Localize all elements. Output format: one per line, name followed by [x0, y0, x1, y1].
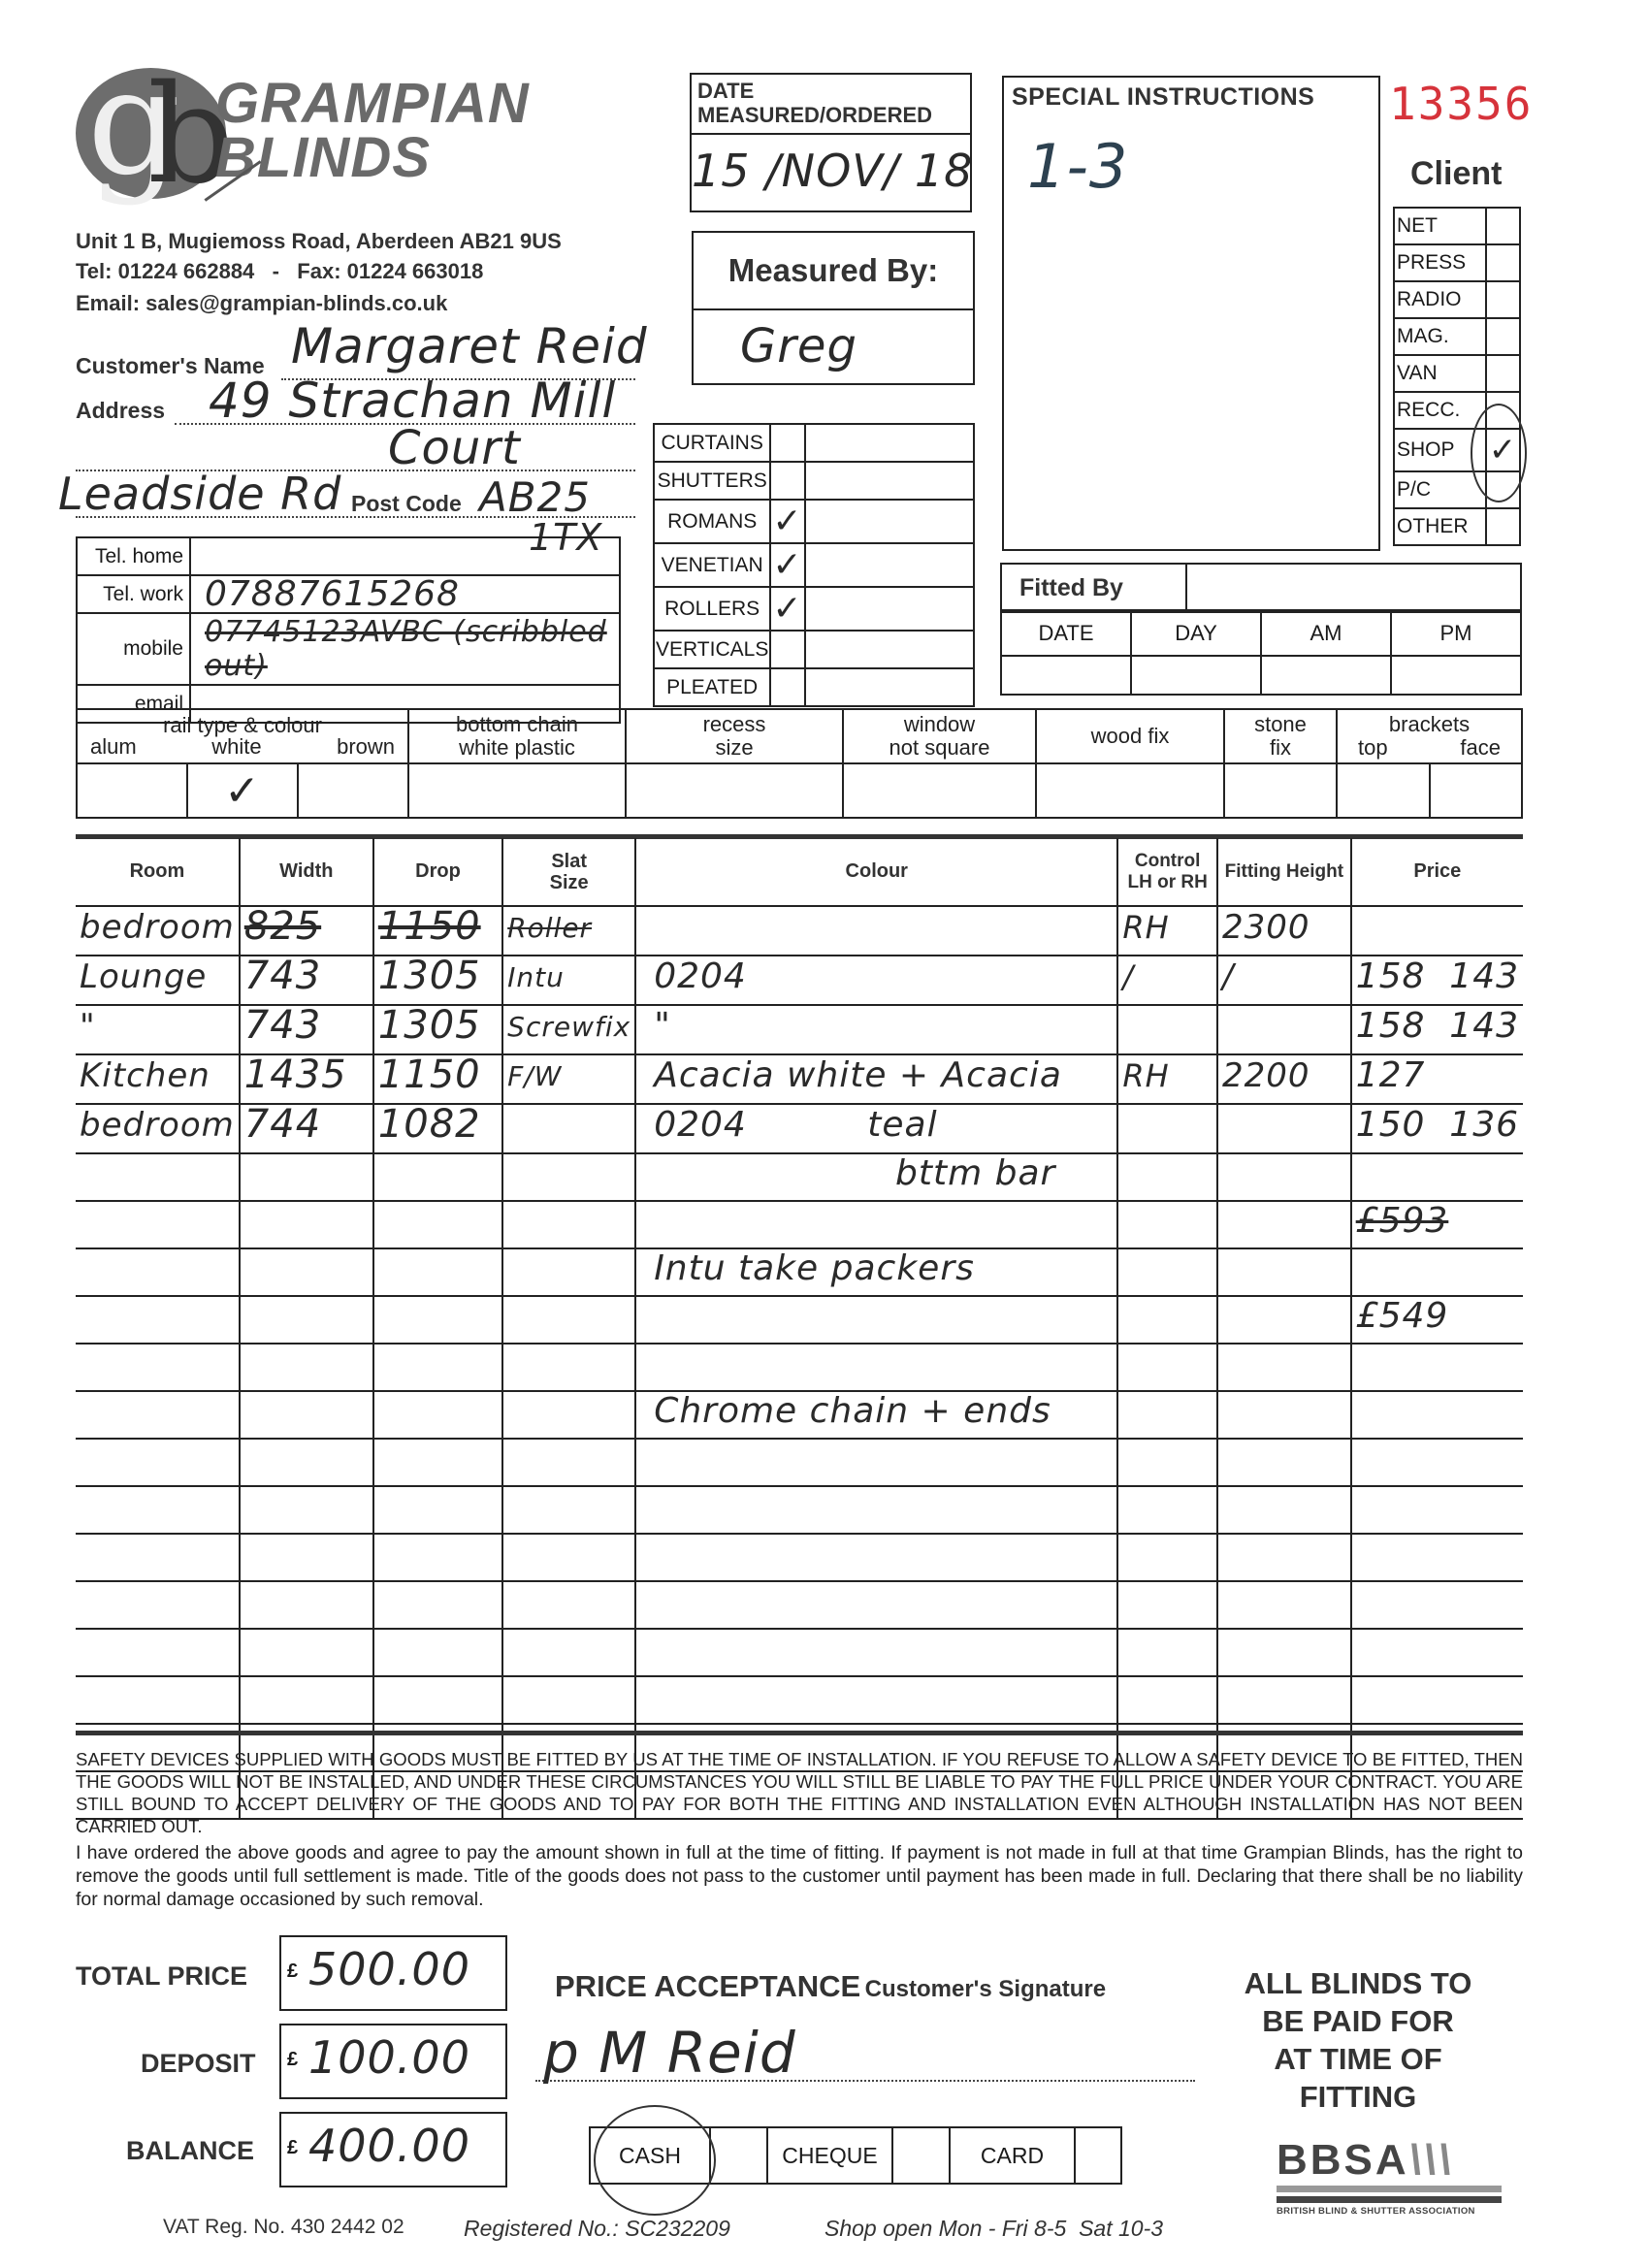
- total-price-label: TOTAL PRICE: [76, 1961, 247, 1992]
- cell-room-value: bedroom: [80, 908, 235, 947]
- product-row: SHUTTERS: [654, 462, 974, 500]
- contact-table: Tel. home Tel. work 07887615268 mobile 0…: [76, 536, 621, 724]
- cell-drop[interactable]: 1150: [373, 1054, 502, 1104]
- cell-room[interactable]: [76, 1391, 240, 1439]
- table-row: bttm bar: [76, 1153, 1523, 1201]
- brackets-top-label: top: [1358, 736, 1388, 760]
- cell-colour[interactable]: [635, 1344, 1117, 1391]
- table-row: Lounge7431305Intu0204//158 143: [76, 956, 1523, 1005]
- table-row: [76, 1629, 1523, 1676]
- cell-price[interactable]: 158 143: [1351, 956, 1523, 1005]
- cell-price[interactable]: [1351, 1153, 1523, 1201]
- product-notes[interactable]: [805, 587, 975, 631]
- cell-slat[interactable]: [502, 1296, 635, 1344]
- contact-label: Tel. home: [77, 537, 190, 575]
- cell-price[interactable]: £593: [1351, 1201, 1523, 1248]
- special-instructions-box: SPECIAL INSTRUCTIONS 1-3: [1002, 76, 1380, 551]
- product-checkbox-curtains[interactable]: [770, 424, 804, 462]
- cell-room-value: bedroom: [80, 1106, 235, 1145]
- cell-slat[interactable]: [502, 1534, 635, 1581]
- cell-colour[interactable]: [635, 1629, 1117, 1676]
- cell-control[interactable]: [1117, 1534, 1217, 1581]
- product-checkbox-shutters[interactable]: [770, 462, 804, 500]
- cell-drop[interactable]: [373, 1296, 502, 1344]
- payment-cash-checkbox[interactable]: [710, 2127, 767, 2184]
- signature-field[interactable]: p M Reid: [543, 2020, 796, 2086]
- cell-price[interactable]: [1351, 1629, 1523, 1676]
- cell-room[interactable]: bedroom: [76, 906, 240, 956]
- cell-width[interactable]: [240, 1439, 373, 1486]
- cell-drop-value: 1150: [378, 904, 481, 949]
- product-notes[interactable]: [805, 462, 975, 500]
- rail-brown-label: brown: [337, 736, 395, 758]
- cell-colour-value: [640, 1486, 654, 1526]
- cell-drop[interactable]: [373, 1391, 502, 1439]
- cell-control[interactable]: [1117, 1676, 1217, 1724]
- col-control-l1: Control: [1119, 851, 1215, 872]
- product-notes[interactable]: [805, 424, 975, 462]
- cell-width[interactable]: [240, 1248, 373, 1296]
- product-label: VERTICALS: [654, 631, 770, 668]
- order-number: 13356: [1389, 78, 1533, 130]
- cell-drop[interactable]: [373, 1676, 502, 1724]
- cell-colour[interactable]: 0204 teal: [635, 1104, 1117, 1153]
- cell-width[interactable]: [240, 1676, 373, 1724]
- product-notes[interactable]: [805, 543, 975, 587]
- client-label: PRESS: [1394, 244, 1486, 281]
- product-checkbox-verticals[interactable]: [770, 631, 804, 668]
- cell-fitting[interactable]: 2200: [1217, 1054, 1351, 1104]
- cell-colour[interactable]: [635, 906, 1117, 956]
- cell-control[interactable]: [1117, 1248, 1217, 1296]
- cell-fitting[interactable]: [1217, 1439, 1351, 1486]
- cell-control[interactable]: [1117, 1296, 1217, 1344]
- cell-price[interactable]: 150 136: [1351, 1104, 1523, 1153]
- cell-price[interactable]: [1351, 1344, 1523, 1391]
- stone-fix-header: stone fix: [1224, 709, 1337, 763]
- product-row: ROMANS✓: [654, 500, 974, 543]
- cell-room[interactable]: ": [76, 1005, 240, 1054]
- cell-room[interactable]: Lounge: [76, 956, 240, 1005]
- client-checkbox-van[interactable]: [1486, 355, 1520, 392]
- cell-colour-value: ": [640, 1006, 671, 1046]
- bbsa-tagline: BRITISH BLIND & SHUTTER ASSOCIATION: [1277, 2206, 1502, 2217]
- cell-width[interactable]: 744: [240, 1104, 373, 1153]
- cell-width[interactable]: 825: [240, 906, 373, 956]
- product-notes[interactable]: [805, 631, 975, 668]
- cell-width[interactable]: [240, 1581, 373, 1629]
- cell-drop[interactable]: [373, 1201, 502, 1248]
- address-field-3[interactable]: Leadside Rd: [58, 468, 341, 520]
- cell-drop[interactable]: [373, 1629, 502, 1676]
- shop-circle-mark: [1471, 404, 1527, 502]
- fitting-col-date: DATE: [1001, 610, 1131, 656]
- col-slat-l1: Slat: [504, 851, 633, 872]
- deposit-field: 100.00: [308, 2031, 470, 2084]
- cell-room[interactable]: bedroom: [76, 1104, 240, 1153]
- payment-cheque-checkbox[interactable]: [892, 2127, 950, 2184]
- brackets-top-field[interactable]: [1337, 763, 1430, 818]
- client-checkbox-radio[interactable]: [1486, 281, 1520, 318]
- cell-control[interactable]: [1117, 1486, 1217, 1534]
- tel-work-field[interactable]: 07887615268: [190, 575, 620, 613]
- table-row: £593: [76, 1201, 1523, 1248]
- table-row: Chrome chain + ends: [76, 1391, 1523, 1439]
- fitting-schedule-header: DATE DAY AM PM: [1001, 610, 1521, 656]
- client-title: Client: [1410, 155, 1502, 193]
- cell-drop[interactable]: 1150: [373, 906, 502, 956]
- cell-price[interactable]: [1351, 1534, 1523, 1581]
- col-control-l2: LH or RH: [1119, 872, 1215, 893]
- rail-alum-checkbox[interactable]: [77, 763, 187, 818]
- product-row: PLEATED: [654, 668, 974, 706]
- rail-brown-checkbox[interactable]: [298, 763, 408, 818]
- cell-slat[interactable]: Intu: [502, 956, 635, 1005]
- cell-slat[interactable]: [502, 1104, 635, 1153]
- fitting-col-pm: PM: [1391, 610, 1521, 656]
- cell-room[interactable]: Kitchen: [76, 1054, 240, 1104]
- cell-slat[interactable]: [502, 1391, 635, 1439]
- cell-colour[interactable]: [635, 1439, 1117, 1486]
- product-label: VENETIAN: [654, 543, 770, 587]
- client-label: P/C: [1394, 471, 1486, 508]
- cell-fitting[interactable]: [1217, 1581, 1351, 1629]
- client-checkbox-other[interactable]: [1486, 508, 1520, 545]
- client-checkbox-press[interactable]: [1486, 244, 1520, 281]
- cell-slat[interactable]: [502, 1153, 635, 1201]
- cell-slat[interactable]: [502, 1344, 635, 1391]
- cell-slat[interactable]: [502, 1581, 635, 1629]
- cell-drop[interactable]: 1082: [373, 1104, 502, 1153]
- cell-colour-value: [640, 1344, 654, 1383]
- fitting-schedule-table: DATE DAY AM PM: [1000, 609, 1522, 696]
- cell-fitting[interactable]: [1217, 1248, 1351, 1296]
- cell-room[interactable]: [76, 1676, 240, 1724]
- cell-fitting[interactable]: [1217, 1201, 1351, 1248]
- cell-room[interactable]: [76, 1439, 240, 1486]
- cell-drop[interactable]: [373, 1153, 502, 1201]
- cell-colour[interactable]: ": [635, 1005, 1117, 1054]
- client-label: VAN: [1394, 355, 1486, 392]
- cell-drop[interactable]: [373, 1439, 502, 1486]
- company-email: Email: sales@grampian-blinds.co.uk: [76, 291, 447, 316]
- cell-price-value: 150 136: [1356, 1105, 1519, 1145]
- cell-fitting[interactable]: [1217, 1104, 1351, 1153]
- currency-symbol: £: [287, 1960, 298, 1983]
- cell-colour[interactable]: [635, 1486, 1117, 1534]
- product-checkbox-rollers[interactable]: ✓: [770, 587, 804, 631]
- cell-room[interactable]: [76, 1629, 240, 1676]
- cell-control-value: /: [1122, 958, 1134, 995]
- shop-hours: Shop open Mon - Fri 8-5 Sat 10-3: [824, 2216, 1163, 2242]
- special-instructions-label: SPECIAL INSTRUCTIONS: [1004, 78, 1378, 117]
- total-price-box[interactable]: £ 500.00: [279, 1935, 507, 2011]
- mobile-value-scribbled: 07745123AVBC (scribbled out): [205, 615, 607, 683]
- cell-colour[interactable]: [635, 1676, 1117, 1724]
- client-checkbox-net[interactable]: [1486, 208, 1520, 244]
- wood-fix-field[interactable]: [1036, 763, 1224, 818]
- cell-colour-value: [640, 1296, 654, 1336]
- cell-control[interactable]: [1117, 1104, 1217, 1153]
- cell-drop[interactable]: 1305: [373, 956, 502, 1005]
- cell-fitting[interactable]: [1217, 1486, 1351, 1534]
- cell-width[interactable]: [240, 1153, 373, 1201]
- cell-colour[interactable]: [635, 1534, 1117, 1581]
- rail-alum-label: alum: [90, 736, 137, 758]
- cell-colour-value: [640, 1439, 654, 1478]
- brackets-face-field[interactable]: [1430, 763, 1523, 818]
- cell-colour[interactable]: 0204: [635, 956, 1117, 1005]
- cell-control[interactable]: [1117, 1153, 1217, 1201]
- cell-slat[interactable]: [502, 1629, 635, 1676]
- col-room: Room: [76, 838, 240, 906]
- cell-price[interactable]: [1351, 906, 1523, 956]
- table-row: [76, 1676, 1523, 1724]
- cell-width[interactable]: [240, 1486, 373, 1534]
- table-row: Kitchen14351150F/WAcacia white + AcaciaR…: [76, 1054, 1523, 1104]
- cell-fitting[interactable]: [1217, 1296, 1351, 1344]
- window-label-1: window: [845, 713, 1034, 736]
- cell-drop[interactable]: [373, 1248, 502, 1296]
- fitting-date-field[interactable]: [1001, 656, 1131, 695]
- fitted-by-table: Fitted By: [1000, 563, 1522, 613]
- product-notes[interactable]: [805, 500, 975, 543]
- notice-line4: FITTING: [1242, 2078, 1474, 2116]
- cell-slat[interactable]: Screwfix: [502, 1005, 635, 1054]
- date-label-line1: DATE: [697, 79, 964, 103]
- deposit-box[interactable]: £ 100.00: [279, 2024, 507, 2099]
- product-checkbox-venetian[interactable]: ✓: [770, 543, 804, 587]
- product-row: CURTAINS: [654, 424, 974, 462]
- cell-colour[interactable]: [635, 1581, 1117, 1629]
- cell-room[interactable]: [76, 1248, 240, 1296]
- bottom-chain-header: bottom chain white plastic: [408, 709, 626, 763]
- cell-drop[interactable]: [373, 1344, 502, 1391]
- cell-price-value: 158 143: [1356, 956, 1519, 996]
- cell-price[interactable]: [1351, 1486, 1523, 1534]
- cell-fitting[interactable]: [1217, 1534, 1351, 1581]
- cell-control[interactable]: RH: [1117, 906, 1217, 956]
- cell-control[interactable]: [1117, 1581, 1217, 1629]
- window-label-2: not square: [845, 736, 1034, 760]
- cell-fitting[interactable]: [1217, 1153, 1351, 1201]
- cash-circle-mark: [594, 2105, 716, 2216]
- bbsa-bar-2: [1277, 2196, 1502, 2203]
- cell-price[interactable]: £549: [1351, 1296, 1523, 1344]
- cell-slat[interactable]: [502, 1201, 635, 1248]
- payment-card-checkbox[interactable]: [1075, 2127, 1121, 2184]
- cell-slat[interactable]: [502, 1439, 635, 1486]
- bottom-chain-label-2: white plastic: [410, 736, 624, 760]
- product-checkbox-pleated[interactable]: [770, 668, 804, 706]
- cell-price-value: 158 143: [1356, 1006, 1519, 1046]
- cell-price[interactable]: [1351, 1391, 1523, 1439]
- address-label: Address: [76, 398, 165, 424]
- cell-control[interactable]: [1117, 1629, 1217, 1676]
- special-instructions-field[interactable]: 1-3: [1004, 131, 1378, 202]
- product-row: VENETIAN✓: [654, 543, 974, 587]
- cell-fitting[interactable]: 2300: [1217, 906, 1351, 956]
- cell-colour-value: [640, 1581, 654, 1621]
- fitting-col-am: AM: [1261, 610, 1391, 656]
- product-types-table: CURTAINS SHUTTERS ROMANS✓ VENETIAN✓ ROLL…: [653, 423, 975, 707]
- postcode-label: Post Code: [351, 491, 462, 517]
- cell-slat[interactable]: [502, 1486, 635, 1534]
- brackets-label: brackets: [1339, 713, 1520, 736]
- cell-room[interactable]: [76, 1581, 240, 1629]
- table-row: [76, 1439, 1523, 1486]
- cell-colour[interactable]: Acacia white + Acacia: [635, 1054, 1117, 1104]
- cell-control[interactable]: [1117, 1344, 1217, 1391]
- col-fitting-height: Fitting Height: [1217, 838, 1351, 906]
- bottom-chain-field[interactable]: [408, 763, 626, 818]
- cell-drop[interactable]: 1305: [373, 1005, 502, 1054]
- cell-room[interactable]: [76, 1486, 240, 1534]
- company-phone-fax: Tel: 01224 662884 - Fax: 01224 663018: [76, 259, 483, 284]
- cell-width[interactable]: [240, 1629, 373, 1676]
- cell-control[interactable]: [1117, 1201, 1217, 1248]
- cell-price[interactable]: [1351, 1439, 1523, 1486]
- recess-label-1: recess: [628, 713, 841, 736]
- window-header: window not square: [843, 709, 1036, 763]
- stone-fix-field[interactable]: [1224, 763, 1337, 818]
- bottom-chain-label-1: bottom chain: [410, 713, 624, 736]
- cell-fitting[interactable]: /: [1217, 956, 1351, 1005]
- cell-colour-value: Acacia white + Acacia: [640, 1055, 1062, 1095]
- table-row: "7431305Screwfix"158 143: [76, 1005, 1523, 1054]
- col-colour: Colour: [635, 838, 1117, 906]
- cell-colour-value: Intu take packers: [640, 1248, 975, 1288]
- product-label: SHUTTERS: [654, 462, 770, 500]
- cell-width[interactable]: [240, 1201, 373, 1248]
- cell-room-value: Kitchen: [80, 1056, 210, 1095]
- col-drop: Drop: [373, 838, 502, 906]
- cell-fitting[interactable]: [1217, 1344, 1351, 1391]
- client-row: MAG.: [1394, 318, 1520, 355]
- table-row: bedroom8251150RollerRH2300: [76, 906, 1523, 956]
- cell-width[interactable]: 1435: [240, 1054, 373, 1104]
- table-row: £549: [76, 1296, 1523, 1344]
- product-label: ROLLERS: [654, 587, 770, 631]
- cell-control[interactable]: [1117, 1439, 1217, 1486]
- client-label: MAG.: [1394, 318, 1486, 355]
- product-notes[interactable]: [805, 668, 975, 706]
- cell-slat[interactable]: F/W: [502, 1054, 635, 1104]
- cell-slat[interactable]: [502, 1676, 635, 1724]
- cell-price-value: 127: [1356, 1055, 1426, 1095]
- cell-fitting[interactable]: [1217, 1005, 1351, 1054]
- cell-room[interactable]: [76, 1296, 240, 1344]
- cell-control[interactable]: /: [1117, 956, 1217, 1005]
- cell-width-value: 744: [244, 1102, 321, 1147]
- rail-white-checkbox[interactable]: ✓: [187, 763, 298, 818]
- cell-width[interactable]: [240, 1391, 373, 1439]
- price-acceptance-title: PRICE ACCEPTANCE: [555, 1969, 860, 2003]
- options-header-row: rail type & colour alum white brown bott…: [77, 709, 1522, 763]
- fitting-day-field[interactable]: [1131, 656, 1261, 695]
- cell-price[interactable]: [1351, 1676, 1523, 1724]
- cell-width[interactable]: [240, 1534, 373, 1581]
- cell-width[interactable]: 743: [240, 956, 373, 1005]
- product-label: CURTAINS: [654, 424, 770, 462]
- bbsa-letters: BBSA: [1277, 2136, 1409, 2184]
- postcode-field[interactable]: AB25: [479, 473, 591, 521]
- cell-fitting[interactable]: [1217, 1391, 1351, 1439]
- cell-price[interactable]: [1351, 1581, 1523, 1629]
- fitting-am-field[interactable]: [1261, 656, 1391, 695]
- product-label: ROMANS: [654, 500, 770, 543]
- fitting-pm-field[interactable]: [1391, 656, 1521, 695]
- recess-field[interactable]: [626, 763, 843, 818]
- balance-box[interactable]: £ 400.00: [279, 2112, 507, 2187]
- cell-width[interactable]: [240, 1296, 373, 1344]
- table-row: Intu take packers: [76, 1248, 1523, 1296]
- cell-slat-value: F/W: [507, 1060, 562, 1092]
- cell-drop[interactable]: [373, 1486, 502, 1534]
- rail-type-header: rail type & colour alum white brown: [77, 709, 408, 763]
- cell-control[interactable]: RH: [1117, 1054, 1217, 1104]
- client-row: VAN: [1394, 355, 1520, 392]
- cell-fitting[interactable]: [1217, 1676, 1351, 1724]
- notice-line2: BE PAID FOR: [1242, 2002, 1474, 2040]
- cell-colour[interactable]: Intu take packers: [635, 1248, 1117, 1296]
- cell-colour[interactable]: [635, 1201, 1117, 1248]
- cell-colour-value: bttm bar: [640, 1153, 1055, 1193]
- cell-room[interactable]: [76, 1201, 240, 1248]
- client-row: OTHER: [1394, 508, 1520, 545]
- client-row: RADIO: [1394, 281, 1520, 318]
- window-field[interactable]: [843, 763, 1036, 818]
- fitted-by-field[interactable]: [1186, 564, 1521, 612]
- address-field-2[interactable]: Court: [388, 421, 521, 475]
- customer-name-field[interactable]: Margaret Reid: [291, 318, 648, 374]
- cell-drop[interactable]: [373, 1581, 502, 1629]
- date-field[interactable]: 15 /NOV/ 18: [692, 135, 970, 207]
- cell-slat[interactable]: Roller: [502, 906, 635, 956]
- cell-price[interactable]: 158 143: [1351, 1005, 1523, 1054]
- cell-fitting[interactable]: [1217, 1629, 1351, 1676]
- product-checkbox-romans[interactable]: ✓: [770, 500, 804, 543]
- table-row: [76, 1534, 1523, 1581]
- cell-width[interactable]: [240, 1344, 373, 1391]
- cell-room[interactable]: [76, 1534, 240, 1581]
- total-price-field: 500.00: [308, 1943, 470, 1995]
- cell-width[interactable]: 743: [240, 1005, 373, 1054]
- measured-by-box: Measured By: Greg: [692, 231, 975, 385]
- cell-control[interactable]: [1117, 1391, 1217, 1439]
- brand-line1: GRAMPIAN: [215, 76, 530, 132]
- cell-slat[interactable]: [502, 1248, 635, 1296]
- cell-control[interactable]: [1117, 1005, 1217, 1054]
- client-label: OTHER: [1394, 508, 1486, 545]
- tel-home-field[interactable]: [190, 537, 620, 575]
- date-label-line2: MEASURED/ORDERED: [697, 103, 964, 127]
- cell-room[interactable]: [76, 1153, 240, 1201]
- cell-price[interactable]: 127: [1351, 1054, 1523, 1104]
- mobile-field[interactable]: 07745123AVBC (scribbled out): [190, 613, 620, 685]
- cell-control-value: RH: [1122, 1057, 1169, 1094]
- measured-by-field[interactable]: Greg: [694, 310, 973, 382]
- cell-colour[interactable]: [635, 1296, 1117, 1344]
- client-checkbox-mag[interactable]: [1486, 318, 1520, 355]
- table-row: [76, 1344, 1523, 1391]
- contact-label: mobile: [77, 613, 190, 685]
- cell-room[interactable]: [76, 1344, 240, 1391]
- cell-price[interactable]: [1351, 1248, 1523, 1296]
- cell-colour[interactable]: Chrome chain + ends: [635, 1391, 1117, 1439]
- cell-colour[interactable]: bttm bar: [635, 1153, 1117, 1201]
- cell-drop[interactable]: [373, 1534, 502, 1581]
